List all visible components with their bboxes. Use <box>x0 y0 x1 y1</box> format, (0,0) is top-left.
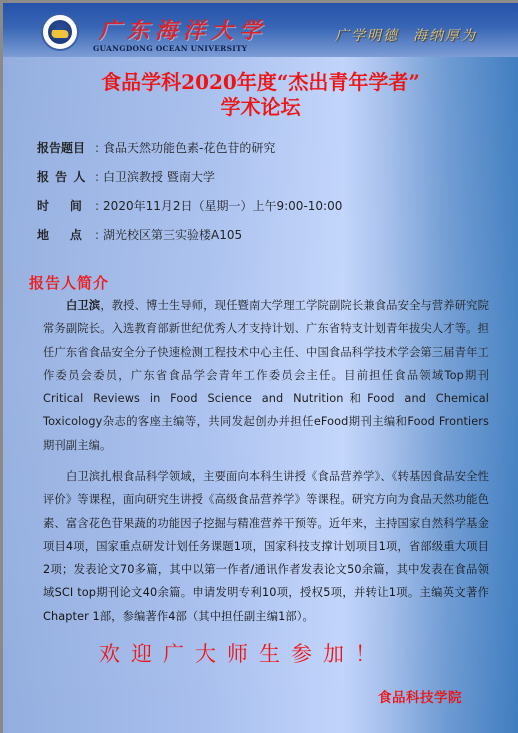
university-motto: 广学明德海纳厚为 <box>335 25 477 45</box>
university-name-cn: 广东海洋大学 <box>99 14 267 45</box>
bio-paragraph-1-text: ，教授、博士生导师，现任暨南大学理工学院副院长兼食品安全与营养研究院常务副院长。… <box>43 299 489 452</box>
info-label: 地 点 <box>37 228 95 242</box>
university-emblem-icon <box>41 13 79 51</box>
info-value: 湖光校区第三实验楼A105 <box>103 228 242 242</box>
motto-part-2: 海纳厚为 <box>413 28 477 44</box>
bio-paragraph-2: 白卫滨扎根食品科学领域，主要面向本科生讲授《食品营养学》、《转基因食品安全性评价… <box>43 465 489 628</box>
speaker-name: 白卫滨 <box>66 299 100 312</box>
info-value: 食品天然功能色素-花色苷的研究 <box>103 141 275 155</box>
bio-paragraph-1: 白卫滨，教授、博士生导师，现任暨南大学理工学院副院长兼食品安全与营养研究院常务副… <box>43 294 489 457</box>
info-label: 时 间 <box>37 199 95 213</box>
poster: 广东海洋大学 GUANGDONG OCEAN UNIVERSITY 广学明德海纳… <box>3 3 518 733</box>
university-header: 广东海洋大学 GUANGDONG OCEAN UNIVERSITY 广学明德海纳… <box>3 3 518 57</box>
poster-title-line2: 学术论坛 <box>3 95 518 120</box>
info-topic: 报告题目:食品天然功能色素-花色苷的研究 <box>37 141 275 155</box>
university-name-en: GUANGDONG OCEAN UNIVERSITY <box>93 44 247 53</box>
info-label: 报 告 人 <box>37 170 95 184</box>
info-time: 时 间:2020年11月2日（星期一）上午9:00-10:00 <box>37 199 342 213</box>
motto-part-1: 广学明德 <box>335 28 399 44</box>
info-location: 地 点:湖光校区第三实验楼A105 <box>37 228 242 242</box>
bio-heading: 报告人简介 <box>29 272 109 293</box>
info-label: 报告题目 <box>37 141 95 155</box>
info-value: 2020年11月2日（星期一）上午9:00-10:00 <box>103 199 342 213</box>
organizer-signature: 食品科技学院 <box>378 686 462 706</box>
poster-title-line1: 食品学科2020年度“杰出青年学者” <box>3 70 518 95</box>
welcome-message: 欢迎广大师生参加！ <box>99 638 387 668</box>
info-speaker: 报 告 人:白卫滨教授 暨南大学 <box>37 170 215 184</box>
info-value: 白卫滨教授 暨南大学 <box>103 170 215 184</box>
